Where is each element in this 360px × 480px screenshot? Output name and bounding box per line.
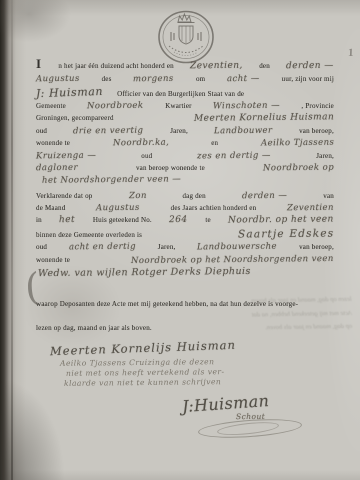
handwritten-text: Kruizenga — xyxy=(36,151,96,160)
document-line: ouddrie en veertigJaren,Landbouwervan be… xyxy=(36,127,334,136)
handwritten-text: het xyxy=(59,216,75,225)
printed-text: de Maand xyxy=(36,204,65,212)
handwritten-text: Noordbr. op het veen xyxy=(228,216,334,226)
document-line: GemeenteNoordbroekKwartierWinschoten —, … xyxy=(36,102,334,111)
handwritten-text: morgens xyxy=(133,75,174,84)
handwritten-text: Zon xyxy=(128,192,146,201)
printed-text: om xyxy=(196,75,205,83)
handwritten-text: dagloner xyxy=(36,164,78,173)
printed-text: in xyxy=(36,216,42,224)
handwritten-text: Aeilko Tjassens Cruizinga die dezen xyxy=(60,358,215,367)
printed-text: Jaren, xyxy=(158,243,176,251)
dropcap-initial: I xyxy=(36,60,41,68)
handwritten-text: Noordbroek op het Noordshorgenden veen xyxy=(131,255,334,266)
document-line: daglonervan beroep wonende teNoordbroek … xyxy=(36,164,334,173)
handwritten-text: Noordbr.ka, xyxy=(112,139,168,148)
bleedthrough-line: Acte met mij geteekend hebben, na dat xyxy=(212,310,352,319)
printed-text: dag den xyxy=(182,192,205,200)
handwritten-text: derden — xyxy=(242,191,287,200)
printed-text: Jaren, xyxy=(316,152,334,160)
handwritten-text: Saartje Edskes xyxy=(238,229,334,241)
printed-text: , Provincie xyxy=(301,102,334,110)
handwritten-text: Zeventien xyxy=(287,204,334,213)
handwritten-text: derden — xyxy=(286,62,334,71)
document-line: J: HuismanOfficier van den Burgerlijken … xyxy=(36,87,334,98)
document-line: Aeilko Tjassens Cruizinga die dezen xyxy=(60,359,334,367)
printed-text: Gemeente xyxy=(36,102,66,110)
handwritten-text: acht en dertig xyxy=(69,243,136,252)
printed-text: Kwartier xyxy=(165,102,191,110)
printed-text: Officier van den Burgerlijken Staat van … xyxy=(117,90,244,98)
crown-seal-stamp-icon xyxy=(154,5,218,65)
printed-text: te xyxy=(205,216,210,224)
document-line: de MaandAugustusdes Jaars achtien honder… xyxy=(36,204,334,213)
document-line: Augustusdesmorgensomacht —uur, zijn voor… xyxy=(36,75,334,84)
printed-text: en xyxy=(211,139,218,147)
bleedthrough-line: lezen op dag, maand en jaar als boven. xyxy=(212,297,352,306)
handwritten-text: Landbouwersche xyxy=(197,243,277,252)
handwritten-text: Noordbroek op xyxy=(263,164,334,173)
document-lines: In het jaar één duizend acht honderd enZ… xyxy=(36,60,334,424)
document-line: wonende teNoordbr.ka,enAeilko Tjassens xyxy=(36,139,334,148)
handwritten-text: Augustus xyxy=(36,75,80,84)
printed-text: Huis geteekend No. xyxy=(93,216,152,224)
printed-text: des Jaars achtien honderd en xyxy=(171,204,257,212)
handwritten-text: Zeventien, xyxy=(190,62,243,72)
printed-text: lezen op dag, maand en jaar als boven. xyxy=(36,324,152,332)
document-line: binnen deze Gemeente overleden isSaartje… xyxy=(36,229,334,240)
document-line: inhetHuis geteekend No.264teNoordbr. op … xyxy=(36,216,334,225)
signature-text: J: Huisman xyxy=(36,86,103,99)
document-line: Kruizenga —oudzes en dertig —Jaren, xyxy=(36,152,334,161)
handwritten-text: klaarde van niet te kunnen schrijven xyxy=(64,378,221,387)
paper-crease xyxy=(11,0,13,480)
handwritten-text: 264 xyxy=(169,216,188,225)
document-line: Meerten Kornelijs Huisman xyxy=(50,343,334,355)
handwritten-text: drie en veertig xyxy=(73,127,144,136)
printed-text: wonende te xyxy=(36,256,70,264)
handwritten-text: Landbouwer xyxy=(214,127,273,136)
handwritten-text: Aeilko Tjassens xyxy=(261,139,334,148)
document-line: Wedw. van wijlen Rotger Derks Diephuis xyxy=(38,268,334,278)
printed-text: Groningen, gecompareerd xyxy=(36,114,114,122)
margin-parenthesis: ( xyxy=(24,268,41,307)
bleedthrough-text: lezen op dag, maand en jaar als boven.Ac… xyxy=(212,297,353,340)
handwritten-text: het Noordshorgender veen — xyxy=(42,175,181,185)
handwritten-text: Winschoten — xyxy=(213,102,280,111)
page-corner-mark: 1 xyxy=(347,47,353,59)
document-line: niet met ons heeft vertekend als ver- xyxy=(66,369,334,377)
bleedthrough-line: op dag, maand en jaar als boven. xyxy=(212,324,352,333)
printed-text: n het jaar één duizend acht honderd en xyxy=(58,62,173,70)
document-line: In het jaar één duizend acht honderd enZ… xyxy=(36,60,334,71)
printed-text: wonende te xyxy=(36,139,70,147)
printed-text: Jaren, xyxy=(170,127,188,135)
handwritten-text: Meerten Kornelius Huisman xyxy=(194,114,334,124)
printed-text: oud xyxy=(36,243,47,251)
printed-text: des xyxy=(102,75,112,83)
printed-text: binnen deze Gemeente overleden is xyxy=(36,231,142,239)
signature-text: Meerten Kornelijs Huisman xyxy=(50,339,236,357)
handwritten-text: Wedw. van wijlen Rotger Derks Diephuis xyxy=(38,267,251,279)
printed-text: oud xyxy=(141,152,152,160)
document-line: het Noordshorgender veen — xyxy=(42,176,334,185)
document-line: Verklarende dat opZondag denderden —van xyxy=(36,192,334,201)
printed-text: den xyxy=(259,62,270,70)
handwritten-text: acht — xyxy=(227,75,260,84)
handwritten-text: niet met ons heeft vertekend als ver- xyxy=(66,368,225,377)
document-line: oudacht en dertigJaren,Landbouwerschevan… xyxy=(36,243,334,252)
document-line: Groningen, gecompareerdMeerten Kornelius… xyxy=(36,114,334,123)
document-line: klaarde van niet te kunnen schrijven xyxy=(64,379,334,387)
printed-text: van beroep, xyxy=(299,243,334,251)
printed-text: van xyxy=(323,192,334,200)
printed-text: oud xyxy=(36,127,47,135)
printed-text: van beroep wonende te xyxy=(136,164,205,172)
handwritten-text: Noordbroek xyxy=(87,102,144,111)
document-line: J:Huisman xyxy=(182,396,334,412)
document-line: wonende teNoordbroek op het Noordshorgen… xyxy=(36,256,334,265)
handwritten-text: zes en dertig — xyxy=(197,151,271,160)
handwritten-text: Augustus xyxy=(96,204,140,213)
printed-text: van beroep, xyxy=(299,127,334,135)
scanned-document-page: 1 In het jaar één duizend acht honderd e… xyxy=(0,0,360,480)
printed-text: Verklarende dat op xyxy=(36,192,92,200)
printed-text: uur, zijn voor mij xyxy=(282,75,334,83)
